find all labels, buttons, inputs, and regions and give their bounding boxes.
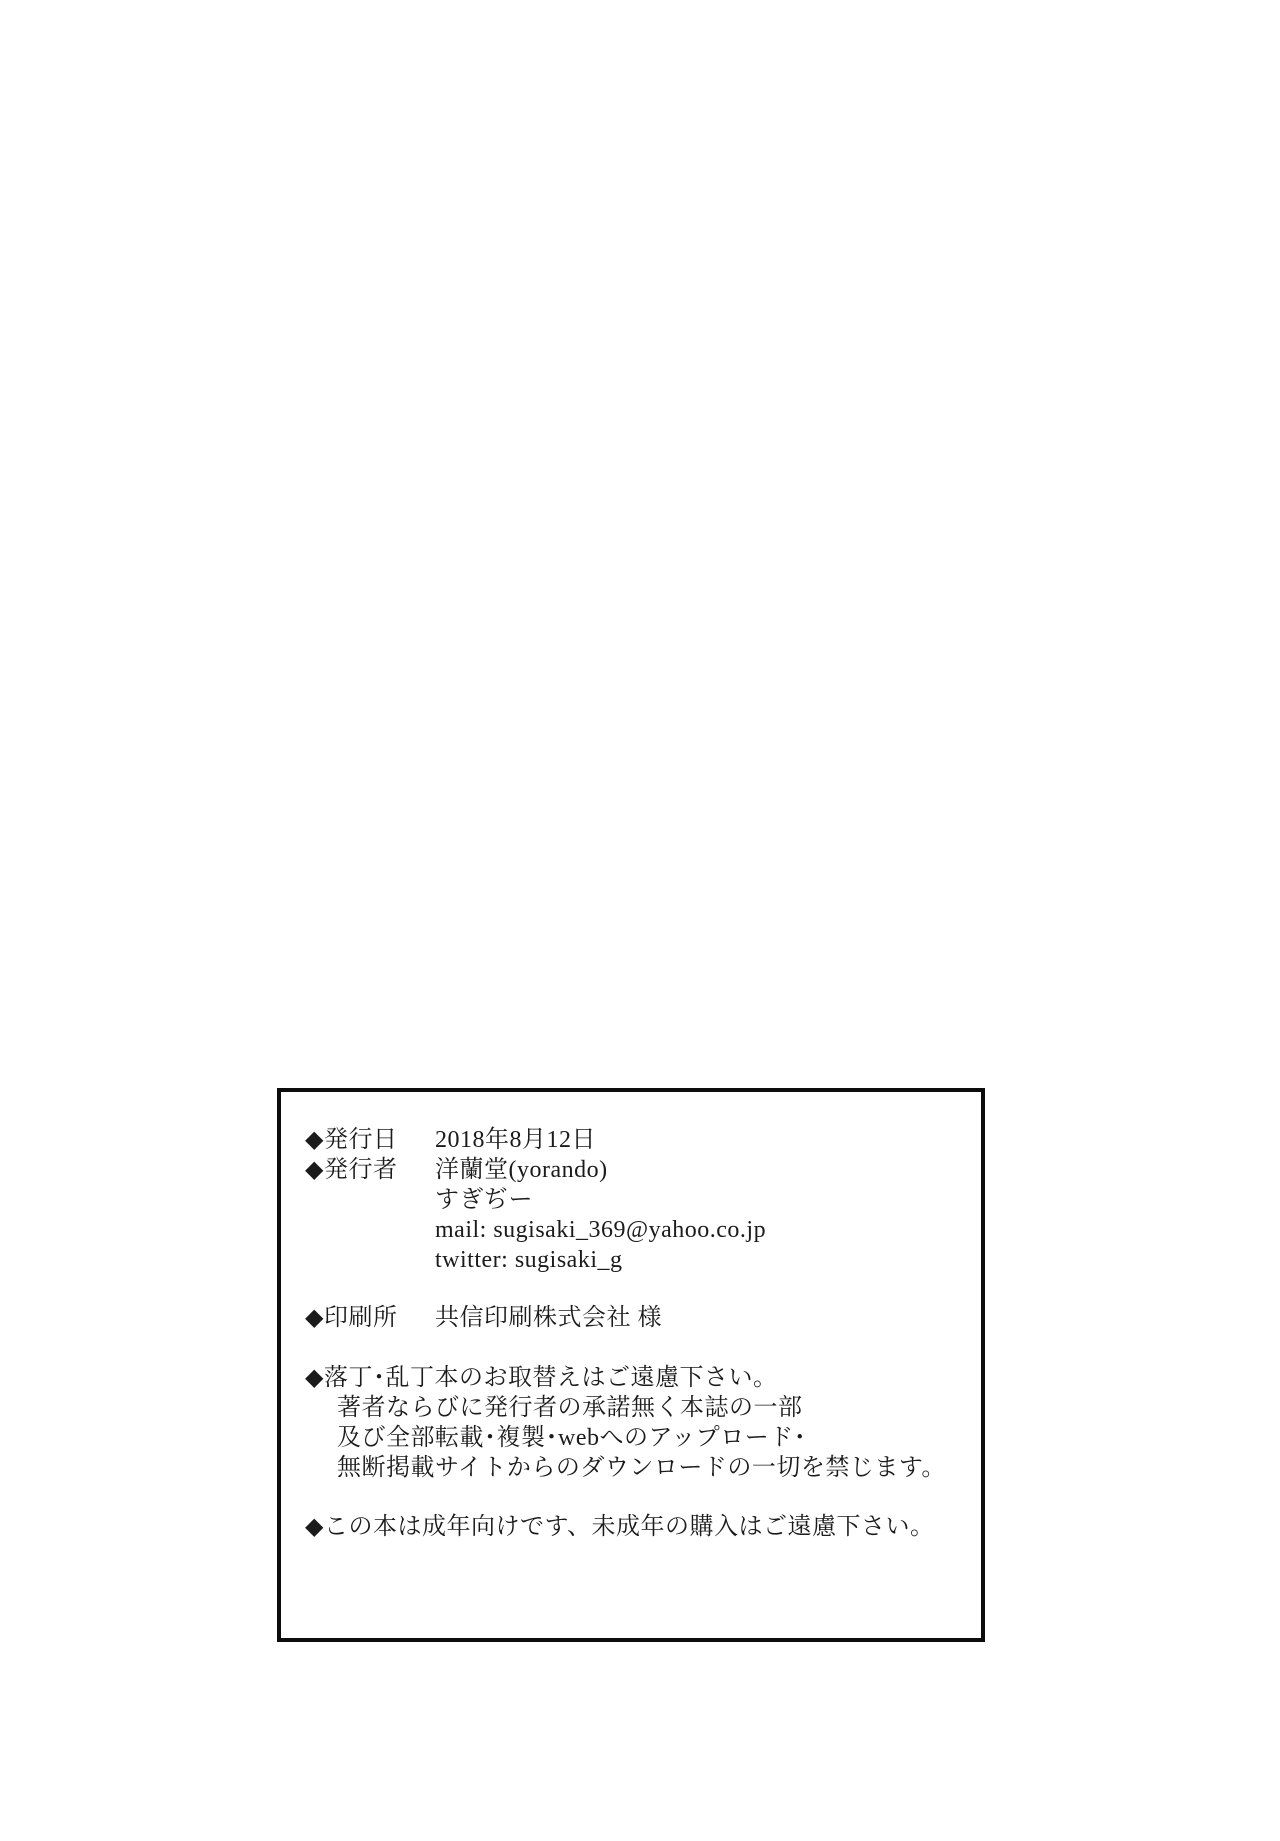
- notice-line-4: 無断掲載サイトからのダウンロードの一切を禁じます。: [337, 1453, 971, 1483]
- printer-label: ◆印刷所: [305, 1303, 435, 1333]
- publisher-label-text: 発行者: [324, 1155, 398, 1185]
- printer-label-text: 印刷所: [324, 1303, 398, 1333]
- diamond-bullet-icon: ◆: [305, 1363, 324, 1393]
- copyright-notice: ◆落丁･乱丁本のお取替えはご遠慮下さい。 著者ならびに発行者の承諾無く本誌の一部…: [305, 1363, 971, 1483]
- publisher-label: ◆発行者: [305, 1155, 435, 1185]
- mail-address: mail: sugisaki_369@yahoo.co.jp: [435, 1215, 971, 1245]
- printer-row: ◆印刷所 共信印刷株式会社 様: [305, 1303, 971, 1333]
- colophon-page: ◆発行日 2018年8月12日 ◆発行者 洋蘭堂(yorando) すぎぢー m…: [0, 0, 1280, 1841]
- publication-date-value: 2018年8月12日: [435, 1125, 596, 1155]
- notice-line-1: ◆落丁･乱丁本のお取替えはご遠慮下さい。: [305, 1363, 971, 1393]
- publisher-row: ◆発行者 洋蘭堂(yorando): [305, 1155, 971, 1185]
- notice-line-2: 著者ならびに発行者の承諾無く本誌の一部: [337, 1393, 971, 1423]
- printer-company: 共信印刷株式会社 様: [435, 1303, 662, 1333]
- publication-date-label-text: 発行日: [324, 1125, 398, 1155]
- diamond-bullet-icon: ◆: [305, 1155, 324, 1185]
- colophon-box: ◆発行日 2018年8月12日 ◆発行者 洋蘭堂(yorando) すぎぢー m…: [277, 1088, 985, 1642]
- publication-date-row: ◆発行日 2018年8月12日: [305, 1125, 971, 1155]
- twitter-handle: twitter: sugisaki_g: [435, 1245, 971, 1275]
- publication-date-label: ◆発行日: [305, 1125, 435, 1155]
- adult-notice-text: この本は成年向けです、未成年の購入はご遠慮下さい。: [324, 1514, 935, 1540]
- publisher-circle-name: 洋蘭堂(yorando): [435, 1155, 608, 1185]
- diamond-bullet-icon: ◆: [305, 1125, 324, 1155]
- diamond-bullet-icon: ◆: [305, 1303, 324, 1333]
- diamond-bullet-icon: ◆: [305, 1512, 324, 1542]
- adult-notice: ◆この本は成年向けです、未成年の購入はご遠慮下さい。: [305, 1512, 971, 1542]
- notice-line-1-text: 落丁･乱丁本のお取替えはご遠慮下さい。: [324, 1365, 778, 1391]
- notice-line-3: 及び全部転載･複製･webへのアップロード･: [337, 1423, 971, 1453]
- author-name: すぎぢー: [435, 1185, 971, 1215]
